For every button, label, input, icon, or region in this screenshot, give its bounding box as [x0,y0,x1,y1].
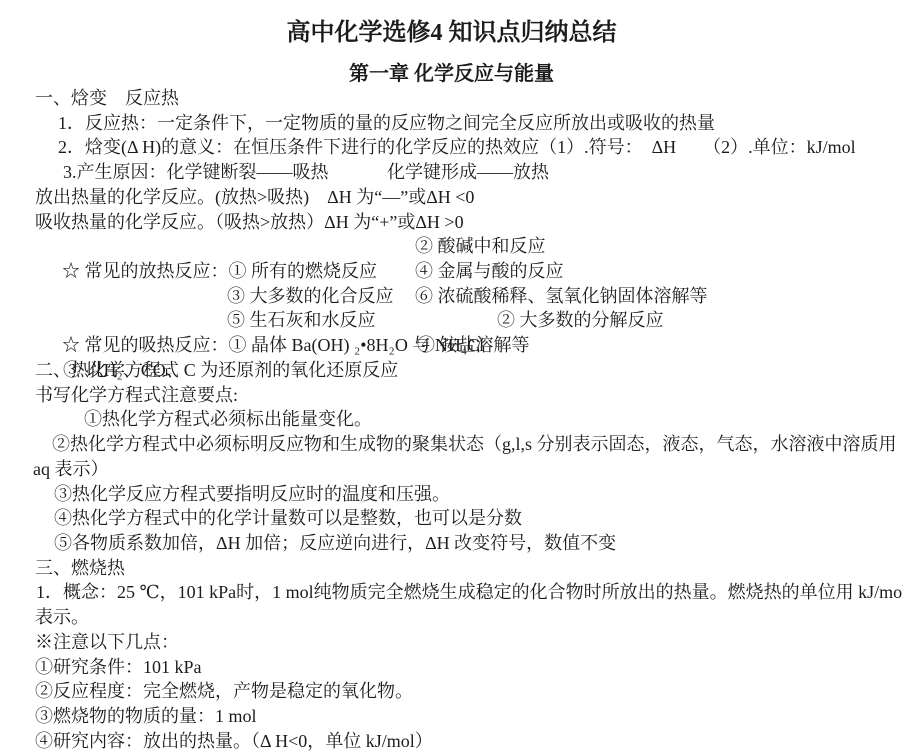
exothermic-row1-right: ② 酸碱中和反应 [415,234,546,259]
section2-heading: 二、热化学方程式 [0,358,903,383]
section3-concept-line2: 表示。 [0,605,903,630]
section1-heading: 一、焓变 反应热 [0,86,903,111]
endothermic-row2-right: ④ 铵盐溶解等 [417,333,530,358]
endothermic-examples-row1: ☆ 常见的吸热反应：① 晶体 Ba(OH) ₂•8H₂O 与 NH₄Cl ② 大… [0,308,903,333]
section2-point5: ⑤各物质系数加倍，ΔH 加倍；反应逆向进行，ΔH 改变符号，数值不变 [0,531,903,556]
section2-point2-continuation: aq 表示） [0,457,903,482]
section3-concept-line1: 1．概念：25 ℃，101 kPa时，1 mol纯物质完全燃烧生成稳定的化合物时… [0,580,903,605]
page-title: 高中化学选修4 知识点归纳总结 [0,12,903,47]
endothermic-note: 吸收热量的化学反应。（吸热>放热）ΔH 为“+”或ΔH >0 [0,210,903,235]
section2-intro: 书写化学方程式注意要点: [0,383,903,408]
section2-point1: ①热化学方程式必须标出能量变化。 [0,407,903,432]
section2-point3: ③热化学反应方程式要指明反应时的温度和压强。 [0,482,903,507]
document-body: 一、焓变 反应热 1．反应热：一定条件下，一定物质的量的反应物之间完全反应所放出… [0,86,903,753]
section3-note4: ④研究内容：放出的热量。（Δ H<0，单位 kJ/mol） [0,729,903,754]
endothermic-row1-right: ② 大多数的分解反应 [497,308,664,333]
exothermic-examples-row2: ③ 大多数的化合反应 ④ 金属与酸的反应 [0,259,903,284]
exothermic-row3-right: ⑥ 浓硫酸稀释、氢氧化钠固体溶解等 [415,284,708,309]
exothermic-row2-right: ④ 金属与酸的反应 [415,259,564,284]
chapter-title: 第一章 化学反应与能量 [0,57,903,86]
exothermic-examples-row1: ☆ 常见的放热反应：① 所有的燃烧反应 ② 酸碱中和反应 [0,234,903,259]
section3-note3: ③燃烧物的物质的量：1 mol [0,704,903,729]
exothermic-examples-row3: ⑤ 生石灰和水反应 ⑥ 浓硫酸稀释、氢氧化钠固体溶解等 [0,284,903,309]
exothermic-note: 放出热量的化学反应。(放热>吸热) ΔH 为“—”或ΔH <0 [0,185,903,210]
section2-point2: ②热化学方程式中必须标明反应物和生成物的聚集状态（g,l,s 分别表示固态，液态… [0,432,903,457]
section1-item3: 3.产生原因：化学键断裂——吸热 化学键形成——放热 [0,160,903,185]
section3-heading: 三、燃烧热 [0,556,903,581]
section2-point4: ④热化学方程式中的化学计量数可以是整数，也可以是分数 [0,506,903,531]
section3-note2: ②反应程度：完全燃烧，产物是稳定的氧化物。 [0,679,903,704]
section1-item2: 2．焓变(Δ H)的意义：在恒压条件下进行的化学反应的热效应（1）.符号： ΔH… [0,135,903,160]
endothermic-examples-row2: ③ 以H₂、CO、C 为还原剂的氧化还原反应 ④ 铵盐溶解等 [0,333,903,358]
document-page: 高中化学选修4 知识点归纳总结 第一章 化学反应与能量 一、焓变 反应热 1．反… [0,0,903,754]
section3-note1: ①研究条件：101 kPa [0,655,903,680]
section3-note-heading: ※注意以下几点： [0,630,903,655]
section1-item1: 1．反应热：一定条件下，一定物质的量的反应物之间完全反应所放出或吸收的热量 [0,111,903,136]
